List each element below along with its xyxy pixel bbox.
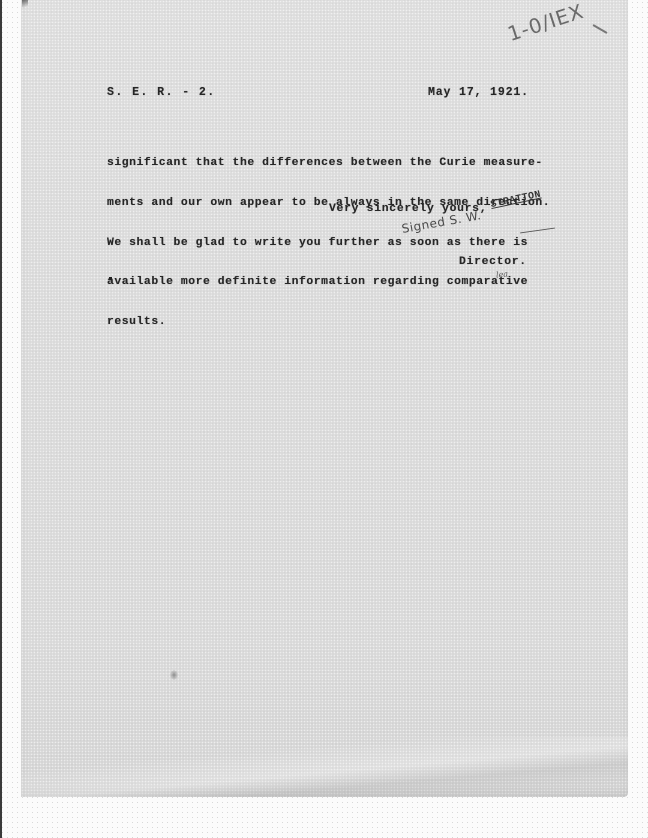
paper-smudge	[170, 670, 178, 680]
scan-left-edge	[0, 0, 2, 838]
signatory-title: Director.	[459, 256, 527, 268]
body-line: We shall be glad to write you further as…	[107, 237, 550, 250]
body-line: results.	[107, 316, 550, 329]
letter-body: significant that the differences between…	[107, 131, 550, 342]
paper-fold-shadow	[21, 737, 628, 797]
body-line: significant that the differences between…	[107, 157, 550, 170]
handwritten-initials: lea	[496, 269, 509, 279]
page-reference: S. E. R. - 2.	[107, 86, 216, 99]
letter-date: May 17, 1921.	[428, 86, 529, 99]
letter-page	[21, 0, 628, 797]
body-line: available more definite information rega…	[107, 276, 550, 289]
paper-corner-fleck	[22, 0, 28, 10]
margin-dot	[109, 277, 112, 280]
